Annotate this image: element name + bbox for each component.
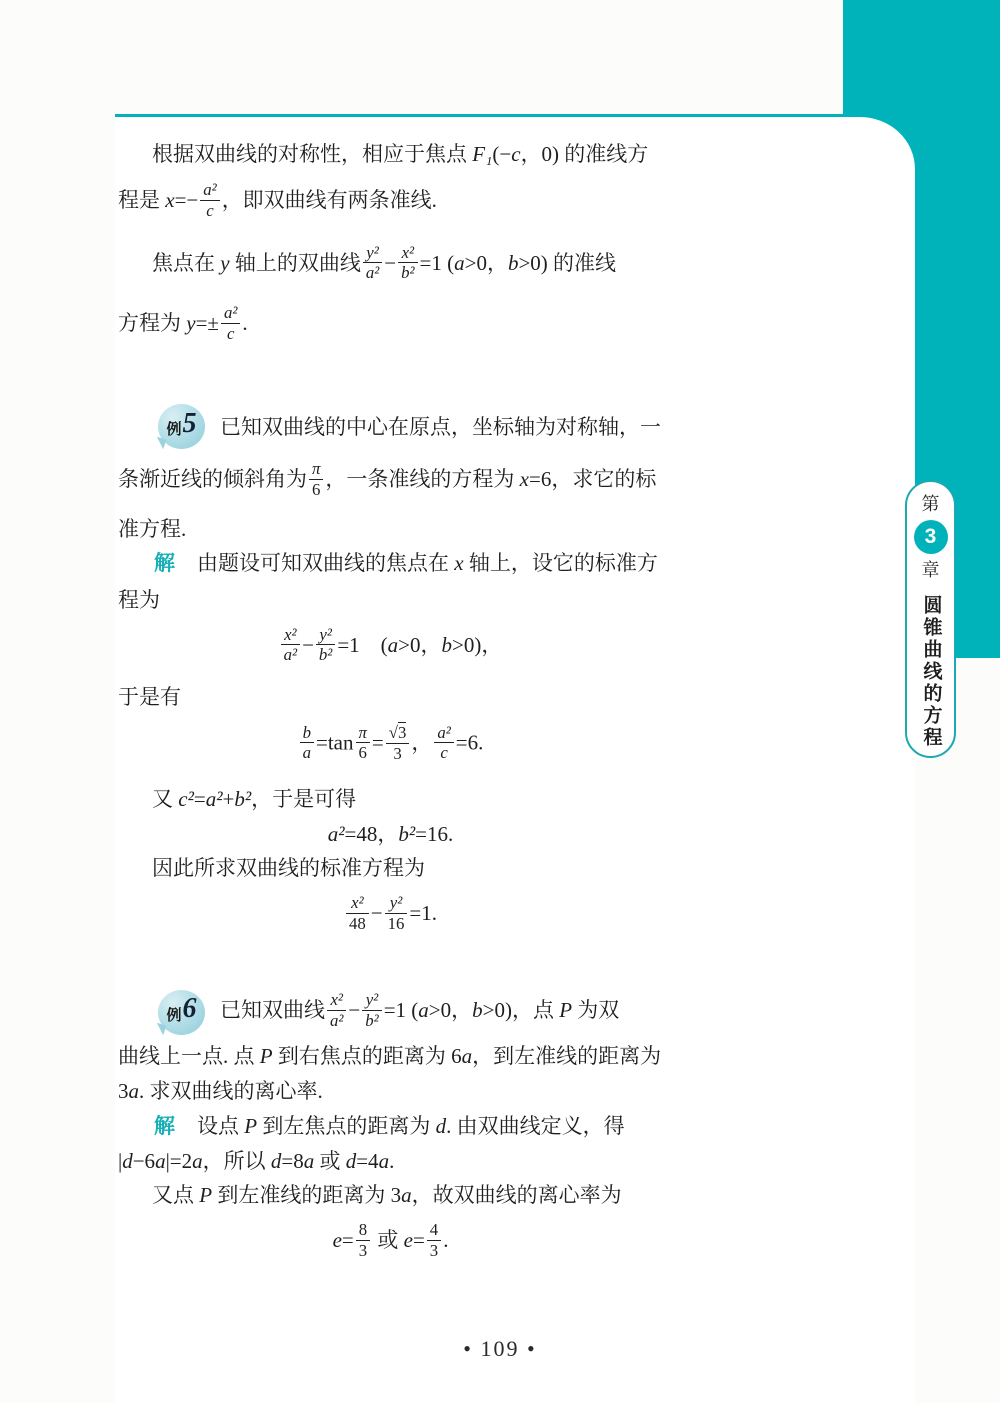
paragraph-1-line-1: 根据双曲线的对称性，相应于焦点 F₁(−c，0) 的准线方 [118,137,663,171]
example-badge-number: 6 [183,993,197,1025]
example-6-line-2: 曲线上一点. 点 P 到右焦点的距离为 6a，到左准线的距离为 [118,1039,663,1073]
example-5-heading-row: 例 5 已知双曲线的中心在原点，坐标轴为对称轴，一 [118,403,663,451]
solution-text: 由题设可知双曲线的焦点在 x 轴上，设它的标准方 [197,551,658,575]
solution-label: 解 [154,1110,175,1144]
example-badge-label: 例 [166,418,181,439]
text-column: 根据双曲线的对称性，相应于焦点 F₁(−c，0) 的准线方 程是 x=−a²c，… [118,137,663,1273]
paragraph-1-line-2: 程是 x=−a²c，即双曲线有两条准线. [118,172,663,233]
paragraph-2-line-2: 方程为 y=±a²c. [118,295,663,356]
textbook-page: { "colors": { "accent_teal": "#00b3bb", … [0,0,1000,1403]
page-number: • 109 • [115,1336,885,1362]
example-5-formula-standard: x²a²−y²b²=1 (a>0，b>0)， [118,617,663,678]
example-6-line-1: 已知双曲线x²a²−y²b²=1 (a>0，b>0)，点 P 为双 [220,992,619,1033]
example-6-formula-eccentricity: e=83 或 e=43. [118,1212,663,1273]
page-content-panel: 根据双曲线的对称性，相应于焦点 F₁(−c，0) 的准线方 程是 x=−a²c，… [115,114,915,1403]
example-6-solution-line-3: 又点 P 到左准线的距离为 3a，故双曲线的离心率为 [118,1178,663,1212]
example-5-text-c2: 又 c²=a²+b²，于是可得 [118,782,663,816]
chapter-number-badge: 3 [914,520,948,554]
example-6-solution-line-1: 解设点 P 到左焦点的距离为 d. 由双曲线定义，得 [118,1109,663,1144]
chapter-tab: 第 3 章 圆锥曲线的方程 [905,480,956,758]
chapter-prefix: 第 [922,493,940,515]
example-5-solution-line-1: 解由题设可知双曲线的焦点在 x 轴上，设它的标准方 [118,546,663,581]
chapter-suffix: 章 [922,559,940,581]
example-5-solution-line-2: 程为 [118,583,663,617]
example-5-formula-tan: ba=tanπ6=√33，a²c=6. [118,714,663,776]
example-6-solution-line-2: |d−6a|=2a，所以 d=8a 或 d=4a. [118,1144,663,1178]
example-5-formula-result: x²48−y²16=1. [118,885,663,946]
chapter-number: 3 [925,525,937,549]
example-5-formula-values: a²=48，b²=16. [118,817,663,851]
example-5-line-1: 已知双曲线的中心在原点，坐标轴为对称轴，一 [220,410,661,444]
example-5-text-then: 于是有 [118,680,663,714]
example-6-line-3: 3a. 求双曲线的离心率. [118,1074,663,1108]
solution-text: 设点 P 到左焦点的距离为 d. 由双曲线定义，得 [197,1114,625,1138]
example-5-line-3: 准方程. [118,512,663,546]
example-badge-number: 5 [183,408,197,440]
example-6-heading-row: 例 6 已知双曲线x²a²−y²b²=1 (a>0，b>0)，点 P 为双 [118,985,663,1039]
example-5-badge-icon: 例 5 [158,404,205,449]
example-6-badge-icon: 例 6 [158,990,205,1035]
example-5-text-therefore: 因此所求双曲线的标准方程为 [118,851,663,885]
chapter-title: 圆锥曲线的方程 [919,595,943,749]
example-badge-label: 例 [166,1004,181,1025]
solution-label: 解 [154,547,175,581]
paragraph-2-line-1: 焦点在 y 轴上的双曲线y²a²−x²b²=1 (a>0，b>0) 的准线 [118,235,663,296]
example-5-line-2: 条渐近线的倾斜角为π6，一条准线的方程为 x=6，求它的标 [118,451,663,512]
